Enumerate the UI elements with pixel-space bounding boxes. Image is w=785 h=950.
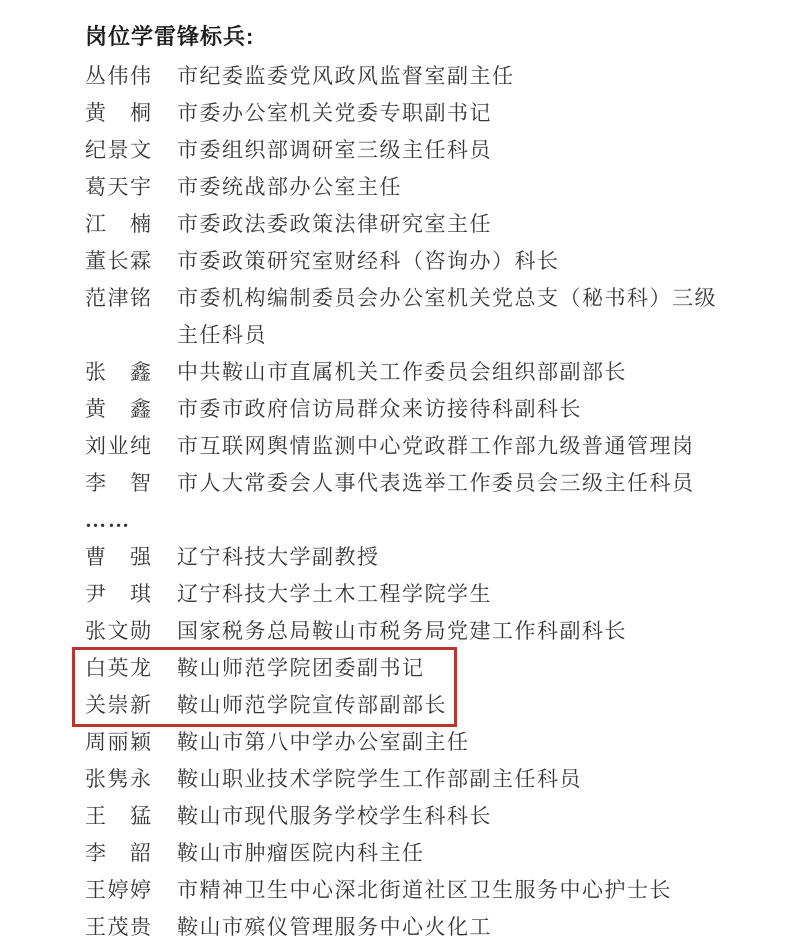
entry-name: 王婷婷 (85, 872, 177, 909)
entry-row: 王茂贵 鞍山市殡仪管理服务中心火化工 (85, 909, 730, 946)
entry-position: 鞍山职业技术学院学生工作部副主任科员 (177, 761, 722, 798)
entry-position: 鞍山市肿瘤医院内科主任 (177, 835, 722, 872)
entry-row: 周丽颖 鞍山市第八中学办公室副主任 (85, 724, 730, 761)
entry-name: 丛伟伟 (85, 58, 177, 95)
entry-position: 鞍山市殡仪管理服务中心火化工 (177, 909, 722, 946)
entry-name: 李 韶 (85, 835, 177, 872)
entry-name: 王 猛 (85, 798, 177, 835)
entry-row: 王 猛 鞍山市现代服务学校学生科科长 (85, 798, 730, 835)
entry-position: 市委统战部办公室主任 (177, 169, 722, 206)
entry-name: 纪景文 (85, 132, 177, 169)
entry-row: 董长霖 市委政策研究室财经科（咨询办）科长 (85, 243, 730, 280)
entry-position: 鞍山师范学院团委副书记 (177, 650, 425, 687)
entry-row: 丛伟伟 市纪委监委党风政风监督室副主任 (85, 58, 730, 95)
entry-position: 市委办公室机关党委专职副书记 (177, 95, 722, 132)
page-title: 岗位学雷锋标兵: (85, 24, 730, 50)
entry-name: 刘业纯 (85, 428, 177, 465)
entry-name: 李 智 (85, 465, 177, 502)
entry-name: 江 楠 (85, 206, 177, 243)
entry-position: 市委组织部调研室三级主任科员 (177, 132, 722, 169)
ellipsis-row: …… (85, 502, 730, 539)
entry-name: 黄 鑫 (85, 391, 177, 428)
entry-position: 鞍山师范学院宣传部副部长 (177, 687, 447, 724)
entries-list-bottom: 周丽颖 鞍山市第八中学办公室副主任 张隽永 鞍山职业技术学院学生工作部副主任科员… (85, 724, 730, 946)
entries-list-middle: 曹 强 辽宁科技大学副教授 尹 琪 辽宁科技大学土木工程学院学生 张文勋 国家税… (85, 539, 730, 650)
entry-name: 张文勋 (85, 613, 177, 650)
entry-position: 辽宁科技大学副教授 (177, 539, 722, 576)
entry-row: 关崇新 鞍山师范学院宣传部副部长 (85, 687, 454, 724)
entry-row: 范津铭 市委机构编制委员会办公室机关党总支（秘书科）三级主任科员 (85, 280, 730, 354)
entry-position: 市人大常委会人事代表选举工作委员会三级主任科员 (177, 465, 722, 502)
entry-position: 市委市政府信访局群众来访接待科副科长 (177, 391, 722, 428)
entry-name: 黄 桐 (85, 95, 177, 132)
entry-row: 江 楠 市委政法委政策法律研究室主任 (85, 206, 730, 243)
entry-position: 国家税务总局鞍山市税务局党建工作科副科长 (177, 613, 722, 650)
entry-name: 周丽颖 (85, 724, 177, 761)
entry-name: 范津铭 (85, 280, 177, 317)
entry-row: 李 韶 鞍山市肿瘤医院内科主任 (85, 835, 730, 872)
document-page: 岗位学雷锋标兵: 丛伟伟 市纪委监委党风政风监督室副主任 黄 桐 市委办公室机关… (0, 0, 785, 946)
entry-row: 张 鑫 中共鞍山市直属机关工作委员会组织部副部长 (85, 354, 730, 391)
entry-name: 葛天宇 (85, 169, 177, 206)
entries-list-highlighted: 白英龙 鞍山师范学院团委副书记 关崇新 鞍山师范学院宣传部副部长 (85, 650, 454, 724)
entry-row: 张文勋 国家税务总局鞍山市税务局党建工作科副科长 (85, 613, 730, 650)
entry-row: 张隽永 鞍山职业技术学院学生工作部副主任科员 (85, 761, 730, 798)
entry-name: 曹 强 (85, 539, 177, 576)
entry-position: 辽宁科技大学土木工程学院学生 (177, 576, 722, 613)
entry-row: 王婷婷 市精神卫生中心深北街道社区卫生服务中心护士长 (85, 872, 730, 909)
entry-row: 葛天宇 市委统战部办公室主任 (85, 169, 730, 206)
entry-position: 市精神卫生中心深北街道社区卫生服务中心护士长 (177, 872, 722, 909)
entry-position: 市委机构编制委员会办公室机关党总支（秘书科）三级主任科员 (177, 280, 722, 354)
entry-row: 白英龙 鞍山师范学院团委副书记 (85, 650, 454, 687)
entry-position: 市纪委监委党风政风监督室副主任 (177, 58, 722, 95)
entry-name: 尹 琪 (85, 576, 177, 613)
entry-name: 关崇新 (85, 687, 177, 724)
entry-position: 中共鞍山市直属机关工作委员会组织部副部长 (177, 354, 722, 391)
entry-name: 董长霖 (85, 243, 177, 280)
entry-row: 曹 强 辽宁科技大学副教授 (85, 539, 730, 576)
entry-position: 鞍山市现代服务学校学生科科长 (177, 798, 722, 835)
entry-row: 李 智 市人大常委会人事代表选举工作委员会三级主任科员 (85, 465, 730, 502)
entry-row: 纪景文 市委组织部调研室三级主任科员 (85, 132, 730, 169)
entry-position: 鞍山市第八中学办公室副主任 (177, 724, 722, 761)
entry-name: 张隽永 (85, 761, 177, 798)
entry-name: 张 鑫 (85, 354, 177, 391)
highlight-box: 白英龙 鞍山师范学院团委副书记 关崇新 鞍山师范学院宣传部副部长 (72, 647, 457, 727)
entry-position: 市委政法委政策法律研究室主任 (177, 206, 722, 243)
entry-row: 刘业纯 市互联网舆情监测中心党政群工作部九级普通管理岗 (85, 428, 730, 465)
entry-name: 王茂贵 (85, 909, 177, 946)
entry-name: 白英龙 (85, 650, 177, 687)
entry-row: 尹 琪 辽宁科技大学土木工程学院学生 (85, 576, 730, 613)
entry-row: 黄 鑫 市委市政府信访局群众来访接待科副科长 (85, 391, 730, 428)
entry-row: 黄 桐 市委办公室机关党委专职副书记 (85, 95, 730, 132)
entry-position: 市互联网舆情监测中心党政群工作部九级普通管理岗 (177, 428, 722, 465)
ellipsis-text: …… (85, 508, 131, 532)
entry-position: 市委政策研究室财经科（咨询办）科长 (177, 243, 722, 280)
entries-list-top: 丛伟伟 市纪委监委党风政风监督室副主任 黄 桐 市委办公室机关党委专职副书记 纪… (85, 58, 730, 502)
